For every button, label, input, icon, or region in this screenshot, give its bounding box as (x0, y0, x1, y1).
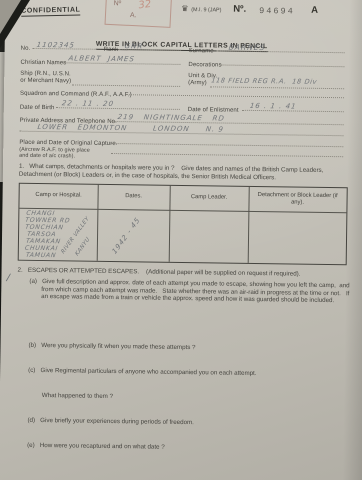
classification-label: CONFIDENTIAL (21, 6, 80, 16)
question-2c-followup-text: What happened to them ? (42, 392, 322, 403)
rank-field-value: GNR (124, 42, 144, 50)
camp-entry: TAMUAN (25, 252, 56, 259)
table-header-camp: Camp or Hospital. (20, 192, 98, 200)
header-series-letter: A (311, 5, 318, 16)
header-no-label: Nº. (233, 4, 246, 15)
photo-background: CONFIDENTIAL Nº 32 A. ♛ (M.I. 9 (JAP) Nº… (0, 0, 362, 480)
stamp-no-label: Nº (113, 0, 121, 7)
question-2e-text: (e) How were you recaptured and on what … (27, 442, 327, 454)
table-header-leader: Camp Leader. (170, 194, 249, 202)
dob-value: 22 . 11 . 20 (61, 99, 114, 108)
dob-label: Date of Birth (20, 105, 55, 111)
capture-sub-line2: and date of a/c crash). (19, 153, 75, 160)
decorations-label: Decorations (188, 62, 221, 68)
crest-icon: ♛ (181, 4, 188, 13)
no-field-value: 1102345 (36, 41, 75, 50)
capture-line2 (111, 145, 343, 157)
question-2d-text: (d) Give briefly your experiences during… (27, 417, 327, 429)
camp-entry-diagonal: KANYU (75, 236, 92, 257)
squadron-label: Squadron and Command (R.A.F., A.A.F.) (20, 91, 132, 99)
surname-field-label: Surname (189, 48, 214, 54)
ship-label-line1: Ship (R.N., U.S.N. (20, 71, 71, 78)
christian-names-label: Christian Names (20, 60, 66, 67)
decorations-line (220, 56, 344, 67)
stamp-letter: A. (130, 12, 137, 19)
header-serial-number: 94694 (259, 6, 295, 16)
question-2a-text: (a) Give full description and approx. da… (29, 278, 357, 305)
enlistment-label: Date of Enlistment (188, 107, 239, 114)
camps-table: Camp or Hospital. Dates. Camp Leader. De… (18, 183, 348, 266)
squadron-line (126, 86, 344, 98)
table-header-detachment: Detachment or Block Leader (if any). (252, 192, 342, 206)
enlistment-value: 16 . 1 . 41 (249, 102, 297, 111)
christian-names-value: ALBERT JAMES (68, 54, 135, 63)
ship-label-line2: or Merchant Navy) (20, 78, 71, 85)
surname-field-value: BARNES (228, 43, 266, 52)
table-header-dates: Dates. (98, 193, 170, 201)
question-1-text: 1. What camps, detachments or hospitals … (19, 163, 349, 183)
question-2b-text: (b) Were you physically fit when you mad… (28, 342, 328, 354)
dates-value-diagonal: 1942 - 45 (111, 216, 142, 256)
form-paper: CONFIDENTIAL Nº 32 A. ♛ (M.I. 9 (JAP) Nº… (0, 0, 362, 480)
stamp-box: Nº 32 A. (105, 0, 172, 28)
question-2-title: 2. ESCAPES OR ATTEMPTED ESCAPES. (Additi… (18, 267, 350, 279)
unit-label-line2: (Army) (188, 80, 207, 86)
header-org-label: (M.I. 9 (JAP) (191, 7, 221, 13)
address-value-line1: 219 NIGHTINGALE RD (117, 113, 225, 122)
no-field-label: No. (21, 46, 31, 52)
question-2c-text: (c) Give Regimental particulars of anyon… (28, 367, 328, 379)
unit-value: 118 FIELD REG R.A. 18 Div (211, 76, 318, 85)
rank-field-label: Rank (104, 47, 119, 53)
table-header-rule (19, 208, 346, 214)
stamp-number: 32 (138, 0, 152, 11)
margin-pencil-tick: / (5, 272, 11, 283)
